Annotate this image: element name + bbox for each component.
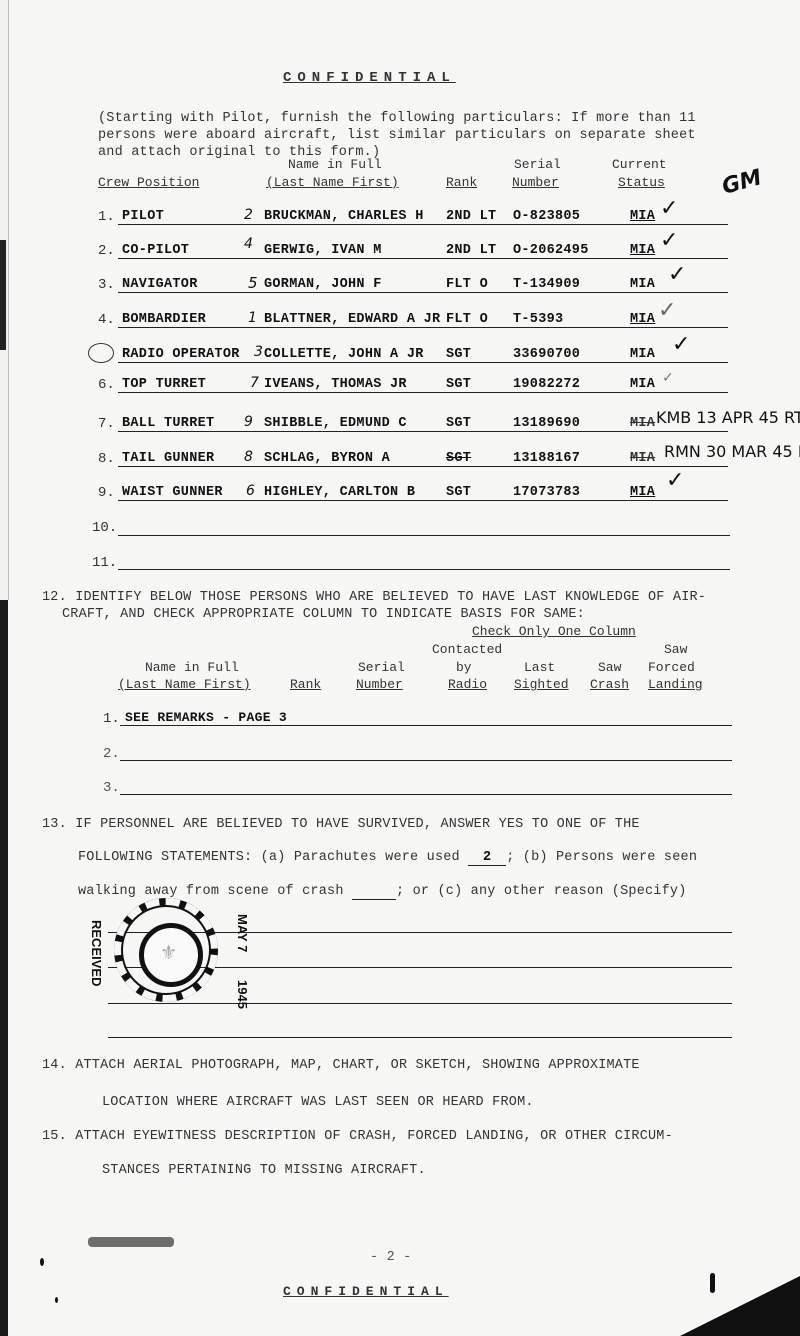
col-rank: Rank [446, 175, 477, 191]
crew-name: IVEANS, THOMAS JR [264, 377, 407, 392]
s12-col-serial-line2: Number [356, 677, 403, 693]
crew-status: MIA [630, 277, 655, 292]
handwritten-order: 4 [244, 236, 253, 252]
crew-name: COLLETTE, JOHN A JR [264, 347, 424, 362]
crew-status: MIA [630, 347, 655, 362]
section-13-line1: 13. IF PERSONNEL ARE BELIEVED TO HAVE SU… [42, 817, 640, 832]
row-number: 7. [98, 416, 115, 432]
crew-serial: 19082272 [513, 377, 580, 392]
crew-position: TAIL GUNNER [122, 451, 214, 466]
col-name-line1: Name in Full [288, 157, 382, 173]
col-serial-line2: Number [512, 175, 559, 191]
col-status-line1: Current [612, 157, 667, 173]
section-13-line2-a: FOLLOWING STATEMENTS: (a) Parachutes wer… [78, 850, 460, 865]
instructions-line-1: (Starting with Pilot, furnish the follow… [98, 110, 696, 127]
handwritten-order: 2 [244, 207, 253, 223]
crew-name: GORMAN, JOHN F [264, 277, 382, 292]
section-15-line1: 15. ATTACH EYEWITNESS DESCRIPTION OF CRA… [42, 1129, 673, 1144]
crew-position: NAVIGATOR [122, 277, 198, 292]
crew-position: BALL TURRET [122, 416, 214, 431]
stamp-date-year: 1945 [235, 980, 250, 1009]
row-underline [118, 569, 730, 570]
stamp-inner-ring: ⚜ [139, 923, 203, 987]
row-underline [118, 362, 728, 363]
s12-col-forced-line3: Landing [648, 677, 703, 693]
section-13-line2: FOLLOWING STATEMENTS: (a) Parachutes wer… [78, 850, 697, 866]
page-number: - 2 - [370, 1250, 412, 1265]
instructions-line-2: persons were aboard aircraft, list simil… [98, 127, 696, 144]
row-number: 1. [103, 711, 120, 727]
crew-rank: SGT [446, 485, 471, 500]
row-number: 1. [98, 209, 115, 225]
ink-spot [40, 1258, 44, 1266]
check-mark-icon: ✓ [660, 228, 678, 253]
row-number: 4. [98, 312, 115, 328]
crew-serial: 17073783 [513, 485, 580, 500]
row-number: 3. [98, 277, 115, 293]
row-underline [118, 392, 728, 393]
row-underline [118, 327, 728, 328]
confidential-header: CONFIDENTIAL [283, 70, 456, 86]
crew-status: MIA [630, 209, 655, 224]
row-underline [118, 292, 728, 293]
handwritten-order: 8 [244, 449, 253, 465]
crew-serial: O-2062495 [513, 243, 589, 258]
crew-position: WAIST GUNNER [122, 485, 223, 500]
ink-smudge [88, 1237, 174, 1247]
crew-serial: T-5393 [513, 312, 563, 327]
crew-name: SCHLAG, BYRON A [264, 451, 390, 466]
crew-status: MIA [630, 243, 655, 258]
row-number: 11. [92, 555, 117, 571]
s12-col-rank: Rank [290, 677, 321, 693]
specify-line-3 [108, 1003, 732, 1004]
row-underline [118, 535, 730, 536]
check-mark-icon: ✓ [672, 332, 690, 357]
walking-away-field [352, 884, 396, 900]
section-14-line1: 14. ATTACH AERIAL PHOTOGRAPH, MAP, CHART… [42, 1058, 640, 1073]
row-number: 10. [92, 520, 117, 536]
row-underline [118, 431, 728, 432]
row-number: 3. [103, 780, 120, 796]
crew-rank: 2ND LT [446, 243, 496, 258]
crew-name: SHIBBLE, EDMUND C [264, 416, 407, 431]
handwritten-order: 5 [248, 274, 258, 292]
handwritten-order: 1 [248, 310, 257, 326]
crew-name: HIGHLEY, CARLTON B [264, 485, 415, 500]
s12-col-contacted-line1: Contacted [432, 642, 502, 658]
crew-status: MIA [630, 485, 655, 500]
crew-name: BRUCKMAN, CHARLES H [264, 209, 424, 224]
s12-entry: SEE REMARKS - PAGE 3 [125, 710, 287, 725]
confidential-footer: CONFIDENTIAL [283, 1284, 449, 1299]
received-stamp: ⚜ [114, 898, 218, 1002]
row-underline [118, 466, 728, 467]
section-13-line3-a: walking away from scene of crash [78, 884, 344, 899]
crew-serial: 13188167 [513, 451, 580, 466]
row-underline [120, 725, 732, 726]
col-serial-line1: Serial [514, 157, 561, 173]
row-underline [120, 794, 732, 795]
crew-rank: SGT [446, 416, 471, 431]
section-12-text-line1: 12. IDENTIFY BELOW THOSE PERSONS WHO ARE… [42, 590, 706, 605]
row-underline [120, 760, 732, 761]
row-underline [118, 500, 728, 501]
crew-rank: SGT [446, 377, 471, 392]
emblem-icon: ⚜ [162, 940, 175, 966]
col-crew-position: Crew Position [98, 175, 199, 191]
crew-serial: T-134909 [513, 277, 580, 292]
handwritten-order: 6 [246, 483, 255, 499]
parachutes-used-field: 2 [468, 850, 506, 866]
s12-col-forced-line2: Forced [648, 660, 695, 676]
row-number: 9. [98, 485, 115, 501]
s12-col-last-line1: Last [524, 660, 555, 676]
ink-spot [710, 1273, 715, 1293]
crew-serial: O-823805 [513, 209, 580, 224]
s12-col-last-line2: Sighted [514, 677, 569, 693]
col-status-line2: Status [618, 175, 665, 191]
crew-status: MIA [630, 416, 655, 431]
handwritten-order: 3 [254, 344, 263, 360]
s12-col-crash-line2: Crash [590, 677, 629, 693]
s12-col-contacted-line2: by [456, 660, 472, 676]
stamp-date-top: MAY 7 [235, 914, 250, 952]
row-number: 6. [98, 377, 115, 393]
stamp-received-text: RECEIVED [89, 920, 104, 986]
crew-serial: 33690700 [513, 347, 580, 362]
check-mark-icon: ✓ [666, 468, 684, 493]
page-shadow [0, 240, 6, 350]
crew-rank: FLT O [446, 277, 488, 292]
crew-status: MIA [630, 377, 655, 392]
s12-col-contacted-line3: Radio [448, 677, 487, 693]
s12-col-name-line1: Name in Full [145, 660, 239, 676]
ink-spot [55, 1297, 58, 1303]
s12-col-crash-line1: Saw [598, 660, 621, 676]
section-13-line3-b: ; or (c) any other reason (Specify) [396, 884, 687, 899]
crew-rank: SGT [446, 347, 471, 362]
crew-name: BLATTNER, EDWARD A JR [264, 312, 440, 327]
handwritten-order: 7 [250, 375, 259, 391]
s12-col-forced-line1: Saw [664, 642, 687, 658]
handwritten-status-note: RMN 30 MAR 45 RTD [664, 442, 800, 461]
section-14-line2: LOCATION WHERE AIRCRAFT WAS LAST SEEN OR… [102, 1095, 534, 1110]
crew-position: TOP TURRET [122, 377, 206, 392]
handwritten-status-note: KMB 13 APR 45 RTD [656, 408, 800, 427]
s12-col-serial-line1: Serial [358, 660, 405, 676]
section-13-line2-b: ; (b) Persons were seen [506, 850, 697, 865]
specify-line-4 [108, 1037, 732, 1038]
check-mark-icon: ✓ [660, 196, 678, 221]
crew-rank: 2ND LT [446, 209, 496, 224]
row-number: 8. [98, 451, 115, 467]
crew-rank: FLT O [446, 312, 488, 327]
section-12-text-line2: CRAFT, AND CHECK APPROPRIATE COLUMN TO I… [62, 607, 585, 622]
row-underline [118, 258, 728, 259]
handwritten-order: 9 [244, 414, 253, 430]
s12-col-name-line2: (Last Name First) [118, 677, 251, 693]
col-name-line2: (Last Name First) [266, 175, 399, 191]
check-mark-icon: ✓ [668, 262, 686, 287]
check-only-one-column-label: Check Only One Column [472, 624, 636, 640]
crew-position: RADIO OPERATOR [122, 347, 240, 362]
crew-status: MIA [630, 312, 655, 327]
circled-number-icon [88, 343, 114, 363]
crew-serial: 13189690 [513, 416, 580, 431]
crew-rank: SGT [446, 451, 471, 466]
crew-position: CO-PILOT [122, 243, 189, 258]
crew-position: BOMBARDIER [122, 312, 206, 327]
row-number: 2. [98, 243, 115, 259]
crew-position: PILOT [122, 209, 164, 224]
row-underline [118, 224, 728, 225]
check-mark-icon: ✓ [658, 298, 676, 323]
row-number: 2. [103, 746, 120, 762]
crew-name: GERWIG, IVAN M [264, 243, 382, 258]
check-mark-icon: ✓ [662, 370, 674, 386]
section-15-line2: STANCES PERTAINING TO MISSING AIRCRAFT. [102, 1163, 426, 1178]
crew-status: MIA [630, 451, 655, 466]
